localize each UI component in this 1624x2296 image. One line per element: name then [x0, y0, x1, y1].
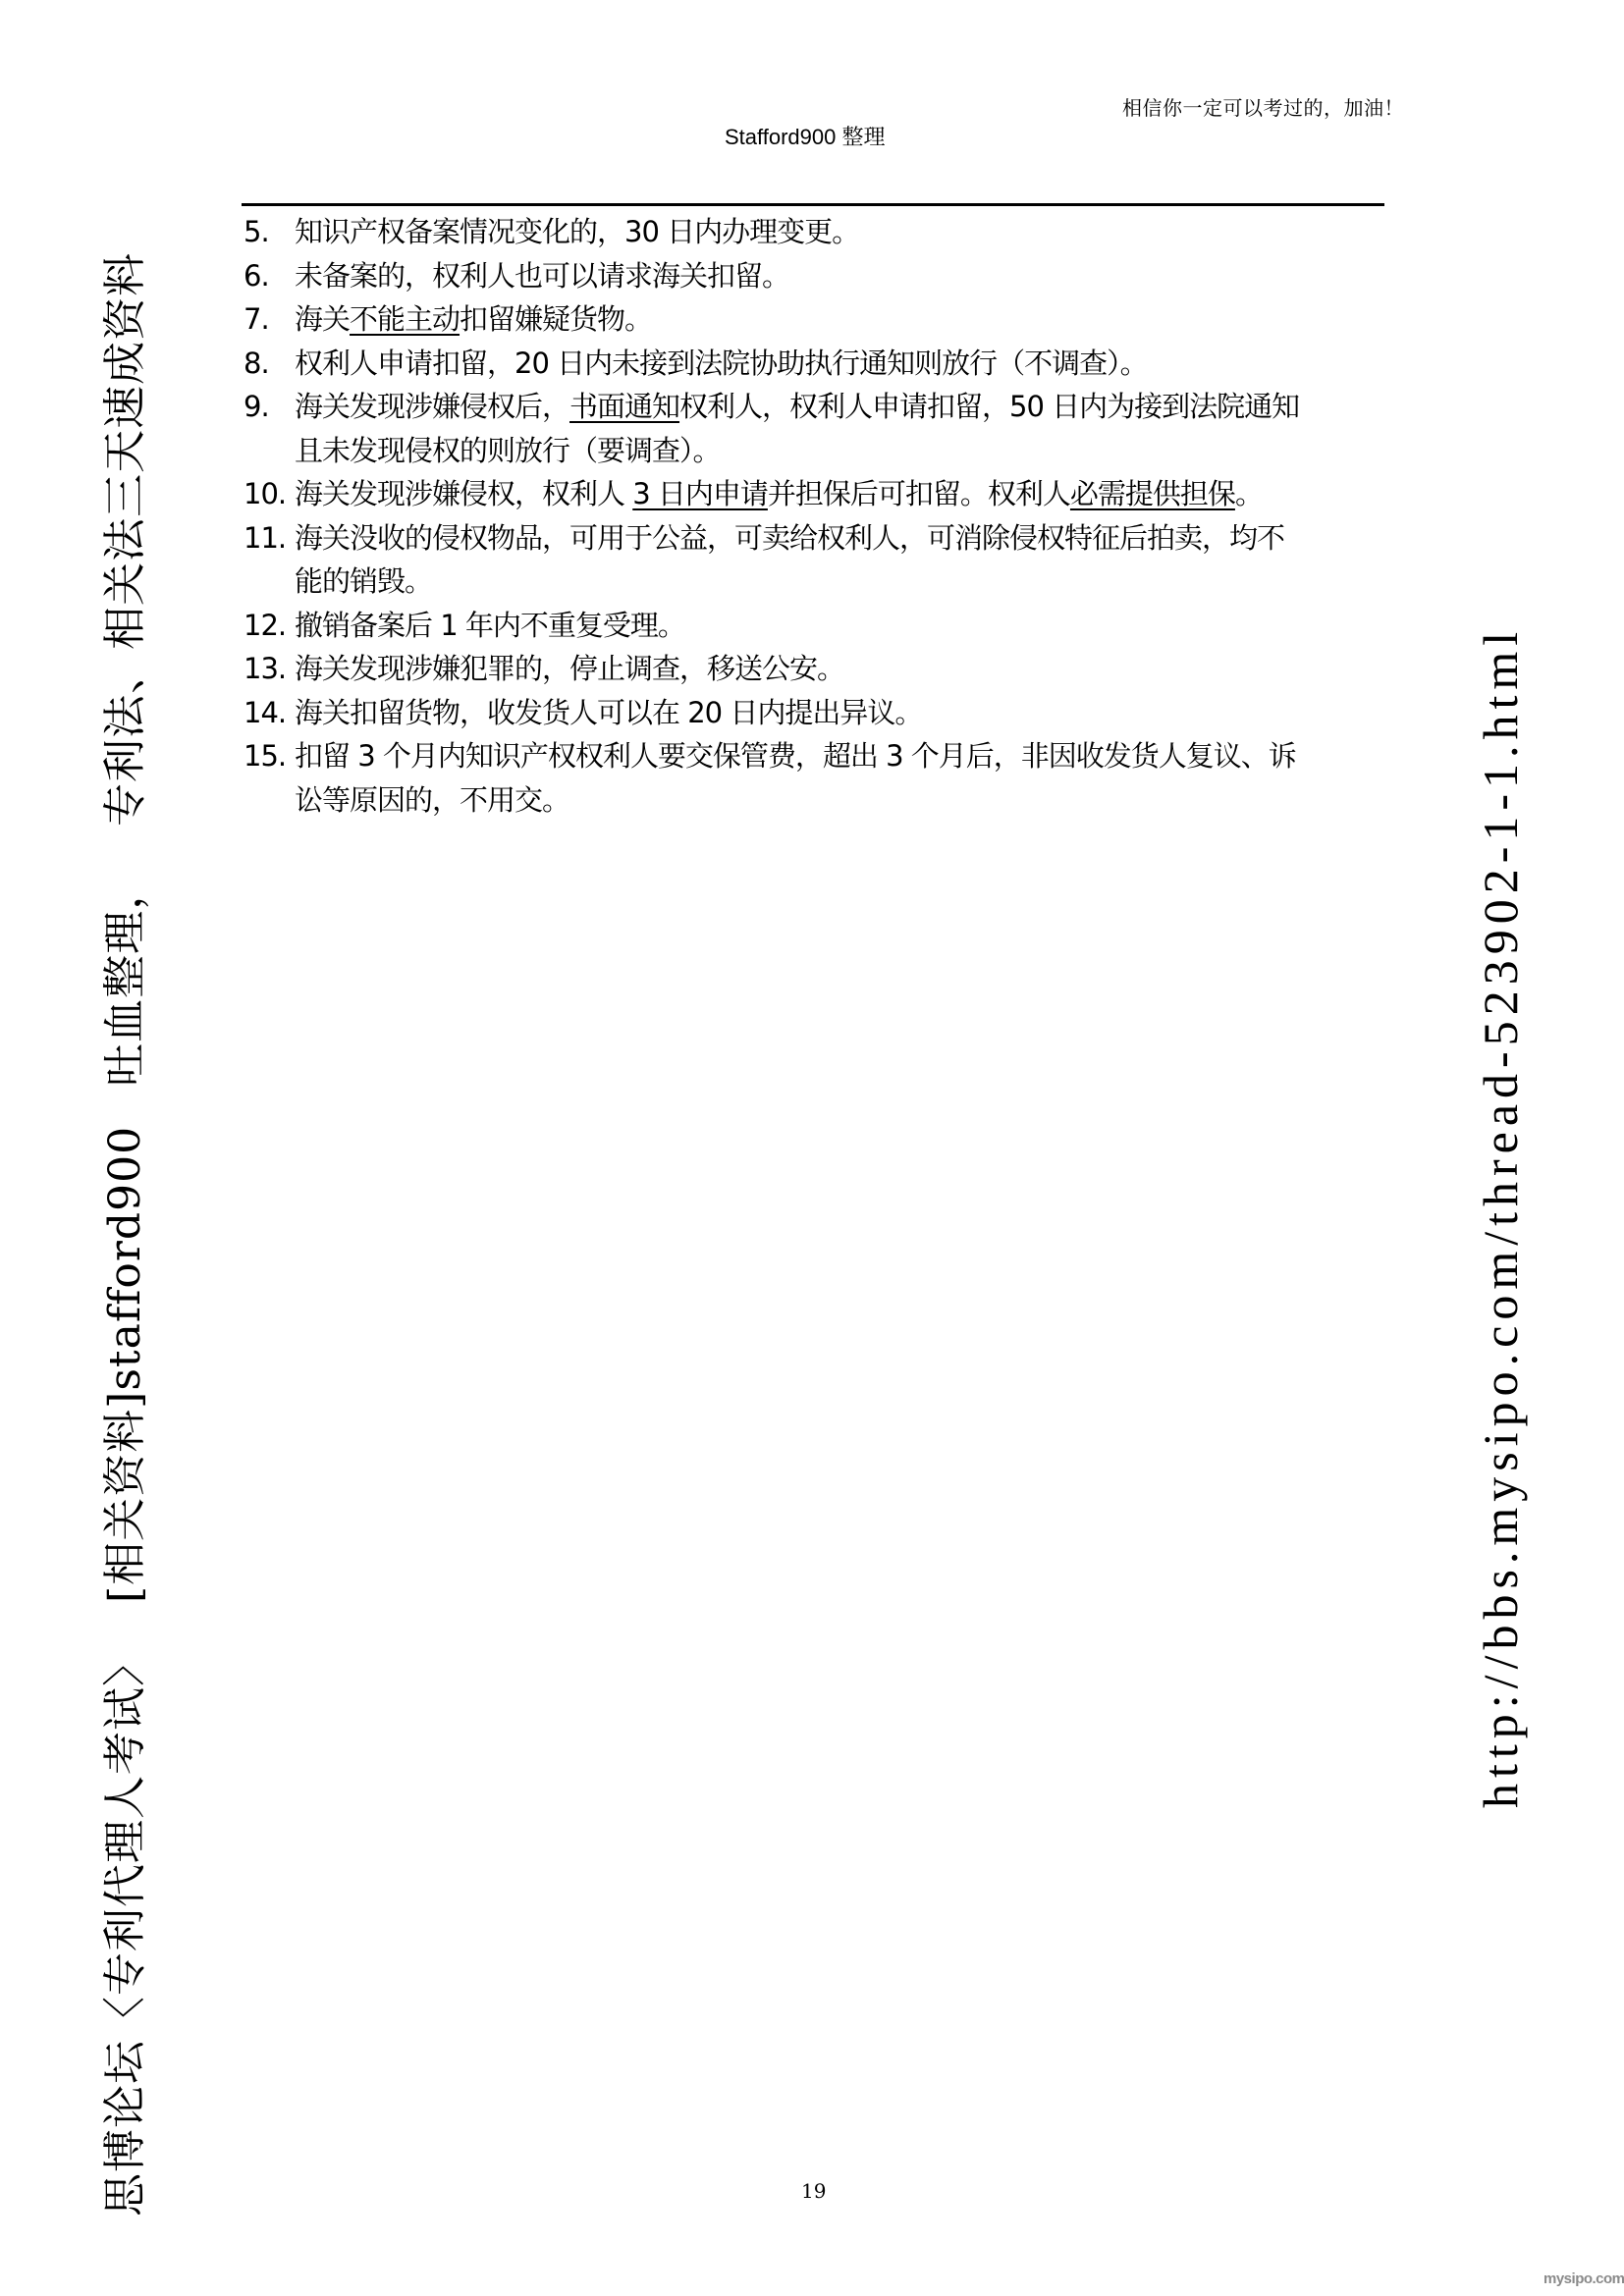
list-item-text: 能的销毁。 [295, 560, 1392, 604]
list-item-text: 权利人申请扣留，20 日内未接到法院协助执行通知则放行（不调查）。 [295, 342, 1392, 386]
list-item-number: 7. [244, 297, 295, 342]
list-item: 15.扣留 3 个月内知识产权权利人要交保管费，超出 3 个月后，非因收发货人复… [244, 734, 1392, 822]
text-segment: 海关发现涉嫌犯罪的，停止调查，移送公安。 [295, 652, 844, 685]
side-left-author-note: 吐血整理， [100, 866, 150, 1087]
list-item-number: 15. [244, 734, 295, 778]
text-segment: 知识产权备案情况变化的，30 日内办理变更。 [295, 215, 859, 248]
side-banner-left: 思博论坛〈专利代理人考试〉[相关资料]stafford900吐血整理，专利法、相… [98, 252, 153, 2216]
text-segment: 海关扣留货物，收发货人可以在 20 日内提出异议。 [295, 696, 922, 729]
list-item-number: 14. [244, 691, 295, 735]
text-segment: 且未发现侵权的则放行（要调查）。 [295, 434, 721, 467]
list-item: 10.海关发现涉嫌侵权，权利人 3 日内申请并担保后可扣留。权利人必需提供担保。 [244, 472, 1392, 516]
underlined-emphasis: 3 日内申请 [632, 477, 768, 510]
text-segment: 海关 [295, 302, 350, 336]
list-item: 14.海关扣留货物，收发货人可以在 20 日内提出异议。 [244, 691, 1392, 735]
list-item: 5.知识产权备案情况变化的，30 日内办理变更。 [244, 210, 1392, 254]
side-left-subject: 专利法、相关法三天速成资料 [100, 252, 150, 827]
header-divider [242, 203, 1384, 206]
underlined-emphasis: 必需提供担保 [1070, 477, 1235, 510]
list-item-text: 撤销备案后 1 年内不重复受理。 [295, 604, 1392, 648]
list-item: 6.未备案的，权利人也可以请求海关扣留。 [244, 254, 1392, 298]
text-segment: 海关发现涉嫌侵权后， [295, 390, 569, 423]
list-item: 7.海关不能主动扣留嫌疑货物。 [244, 297, 1392, 342]
list-item-text: 海关没收的侵权物品，可用于公益，可卖给权利人，可消除侵权特征后拍卖，均不 [295, 516, 1392, 561]
underlined-emphasis: 书面通知 [569, 390, 679, 423]
list-item-number: 9. [244, 385, 295, 429]
list-item-text: 海关发现涉嫌犯罪的，停止调查，移送公安。 [295, 647, 1392, 691]
list-item-text: 知识产权备案情况变化的，30 日内办理变更。 [295, 210, 1392, 254]
underlined-emphasis: 不能主动 [350, 302, 460, 336]
list-item-number: 12. [244, 604, 295, 648]
side-banner-url[interactable]: http://bbs.mysipo.com/thread-523902-1-1.… [1473, 626, 1528, 1808]
text-segment: 海关发现涉嫌侵权，权利人 [295, 477, 632, 510]
list-item-number: 13. [244, 647, 295, 691]
text-segment: 扣留 3 个月内知识产权权利人要交保管费，超出 3 个月后，非因收发货人复议、诉 [295, 739, 1296, 773]
list-item: 12.撤销备案后 1 年内不重复受理。 [244, 604, 1392, 648]
list-item-number: 10. [244, 472, 295, 516]
text-segment: 权利人，权利人申请扣留，50 日内为接到法院通知 [679, 390, 1299, 423]
page-number: 19 [801, 2179, 826, 2203]
side-left-category: [相关资料]stafford900 [100, 1126, 150, 1603]
header-top-note: 相信你一定可以考过的，加油！ [1122, 95, 1404, 121]
text-segment: 海关没收的侵权物品，可用于公益，可卖给权利人，可消除侵权特征后拍卖，均不 [295, 521, 1284, 555]
list-item-text: 海关发现涉嫌侵权后，书面通知权利人，权利人申请扣留，50 日内为接到法院通知 [295, 385, 1392, 429]
list-item: 13.海关发现涉嫌犯罪的，停止调查，移送公安。 [244, 647, 1392, 691]
list-item-text: 扣留 3 个月内知识产权权利人要交保管费，超出 3 个月后，非因收发货人复议、诉 [295, 734, 1392, 778]
text-segment: 并担保后可扣留。权利人 [768, 477, 1070, 510]
list-item-text: 且未发现侵权的则放行（要调查）。 [295, 429, 1392, 473]
list-item-text: 讼等原因的，不用交。 [295, 778, 1392, 823]
list-item-number: 5. [244, 210, 295, 254]
list-item-text: 海关发现涉嫌侵权，权利人 3 日内申请并担保后可扣留。权利人必需提供担保。 [295, 472, 1392, 516]
text-segment: 撤销备案后 1 年内不重复受理。 [295, 609, 685, 642]
text-segment: 。 [1235, 477, 1263, 510]
list-item: 11.海关没收的侵权物品，可用于公益，可卖给权利人，可消除侵权特征后拍卖，均不能… [244, 516, 1392, 604]
list-item-text: 海关不能主动扣留嫌疑货物。 [295, 297, 1392, 342]
text-segment: 权利人申请扣留，20 日内未接到法院协助执行通知则放行（不调查）。 [295, 347, 1148, 380]
text-segment: 未备案的，权利人也可以请求海关扣留。 [295, 259, 789, 293]
rules-list: 5.知识产权备案情况变化的，30 日内办理变更。6.未备案的，权利人也可以请求海… [244, 210, 1392, 822]
header-title: Stafford900 整理 [725, 124, 885, 151]
list-item-number: 8. [244, 342, 295, 386]
watermark: mysipo.com [1543, 2270, 1624, 2287]
list-item-number: 6. [244, 254, 295, 298]
text-segment: 能的销毁。 [295, 564, 432, 598]
side-left-forum: 思博论坛〈专利代理人考试〉 [100, 1642, 150, 2216]
list-item: 9.海关发现涉嫌侵权后，书面通知权利人，权利人申请扣留，50 日内为接到法院通知… [244, 385, 1392, 472]
list-item-number: 11. [244, 516, 295, 561]
list-item-text: 海关扣留货物，收发货人可以在 20 日内提出异议。 [295, 691, 1392, 735]
list-item: 8.权利人申请扣留，20 日内未接到法院协助执行通知则放行（不调查）。 [244, 342, 1392, 386]
text-segment: 扣留嫌疑货物。 [460, 302, 652, 336]
text-segment: 讼等原因的，不用交。 [295, 783, 569, 817]
list-item-text: 未备案的，权利人也可以请求海关扣留。 [295, 254, 1392, 298]
